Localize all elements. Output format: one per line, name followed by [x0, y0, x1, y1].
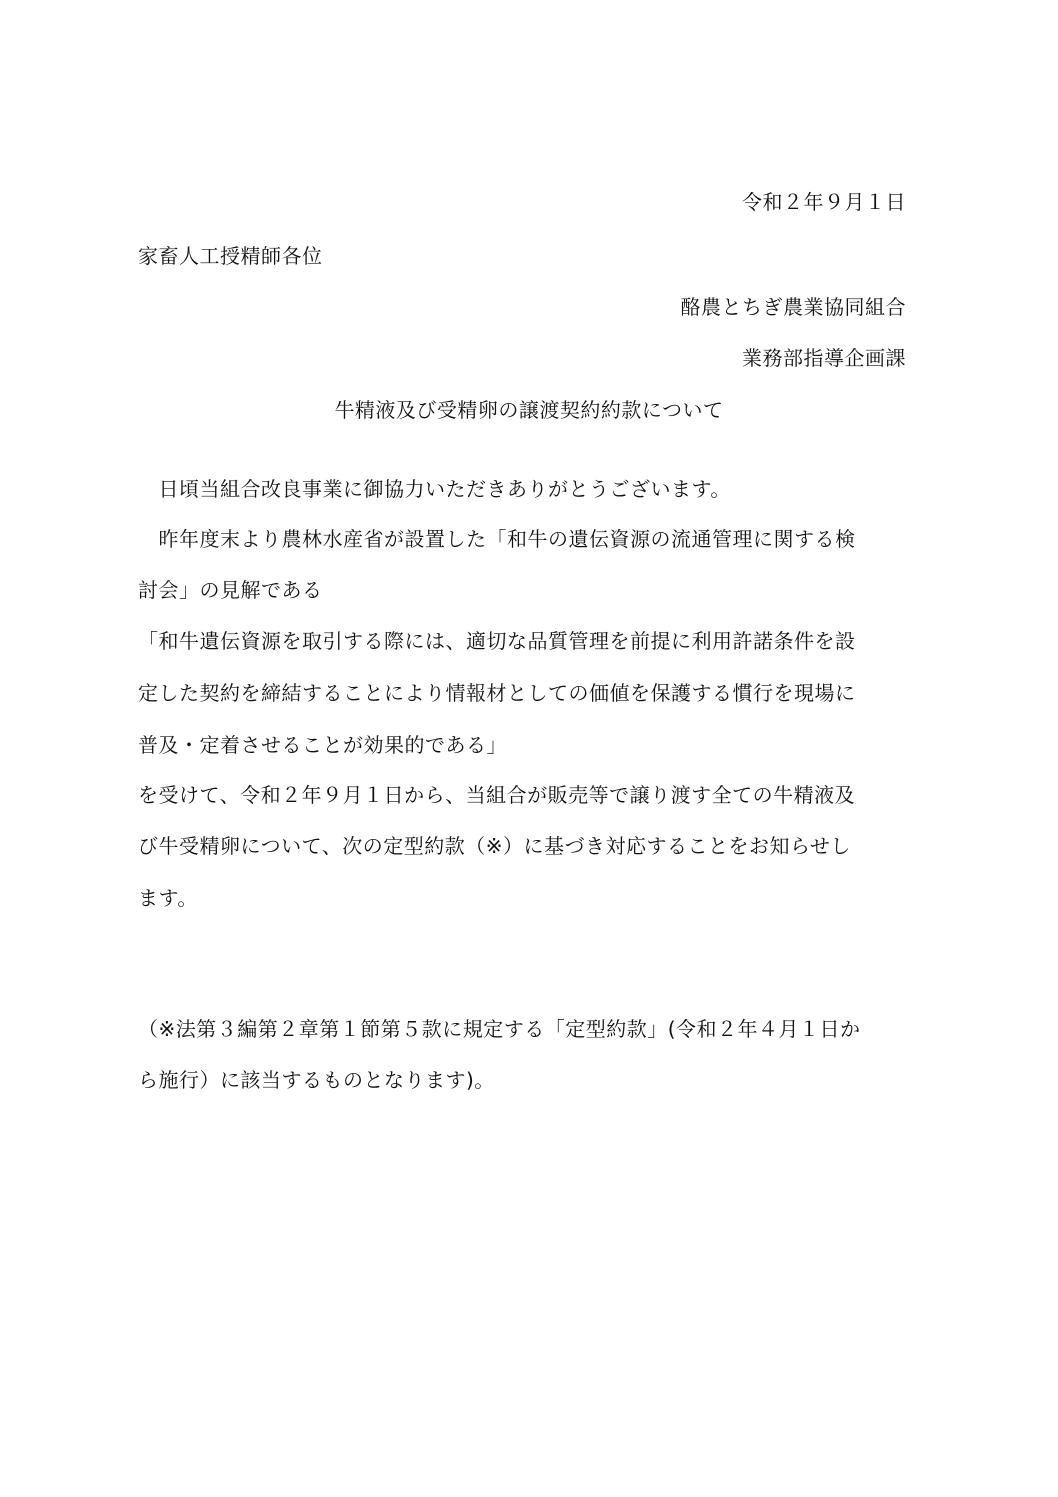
sender-department: 業務部指導企画課	[742, 346, 906, 370]
body-line: 討会」の見解である	[138, 578, 323, 602]
body-line: を受けて、令和２年９月１日から、当組合が販売等で譲り渡す全ての牛精液及	[138, 783, 855, 807]
recipient: 家畜人工授精師各位	[138, 244, 323, 268]
greeting-line: 日頃当組合改良事業に御協力いただきありがとうございます。	[138, 477, 731, 501]
body-line: 昨年度末より農林水産省が設置した「和牛の遺伝資源の流通管理に関する検	[138, 527, 856, 551]
body-line: び牛受精卵について、次の定型約款（※）に基づき対応することをお知らせし	[138, 834, 851, 858]
body-line: ます。	[138, 886, 198, 910]
note-line: ら施行）に該当するものとなります)。	[138, 1068, 495, 1092]
document-page: 令和２年９月１日 家畜人工授精師各位 酪農とちぎ農業協同組合 業務部指導企画課 …	[0, 0, 1058, 1497]
document-title: 牛精液及び受精卵の譲渡契約約款について	[0, 398, 1058, 422]
body-line: 普及・定着させることが効果的である」	[138, 733, 507, 757]
body-line: 定した契約を締結することにより情報材としての価値を保護する慣行を現場に	[138, 681, 856, 705]
body-line: 「和牛遺伝資源を取引する際には、適切な品質管理を前提に利用許諾条件を設	[138, 629, 856, 653]
note-line: （※法第３編第２章第１節第５款に規定する「定型約款」(令和２年４月１日か	[138, 1017, 861, 1041]
sender-organization: 酪農とちぎ農業協同組合	[681, 295, 907, 319]
document-date: 令和２年９月１日	[742, 190, 906, 214]
